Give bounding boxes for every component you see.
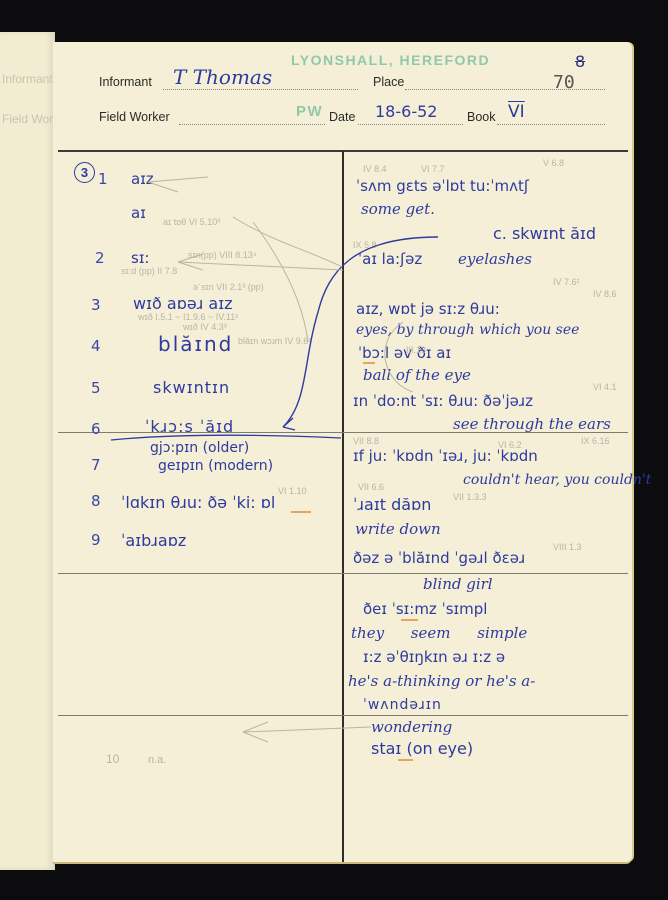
ghost-label-informant: Informant xyxy=(2,72,53,86)
field-record-card: LYONSHALL, HEREFORD 8 Informant T Thomas… xyxy=(53,42,632,862)
annotation-strokes xyxy=(53,42,632,862)
back-page-edge: Informant Field Worker xyxy=(0,32,55,870)
